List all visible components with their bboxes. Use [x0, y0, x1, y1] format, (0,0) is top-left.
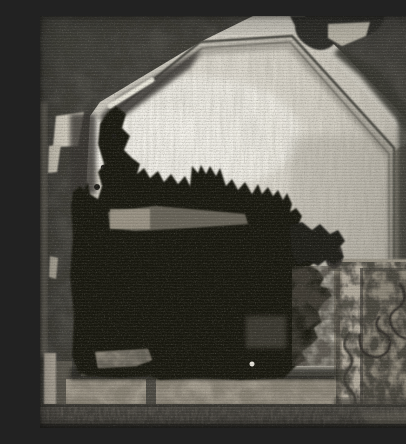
film-grain-light [40, 16, 406, 428]
photo-canvas [40, 16, 406, 428]
photograph [40, 16, 406, 428]
